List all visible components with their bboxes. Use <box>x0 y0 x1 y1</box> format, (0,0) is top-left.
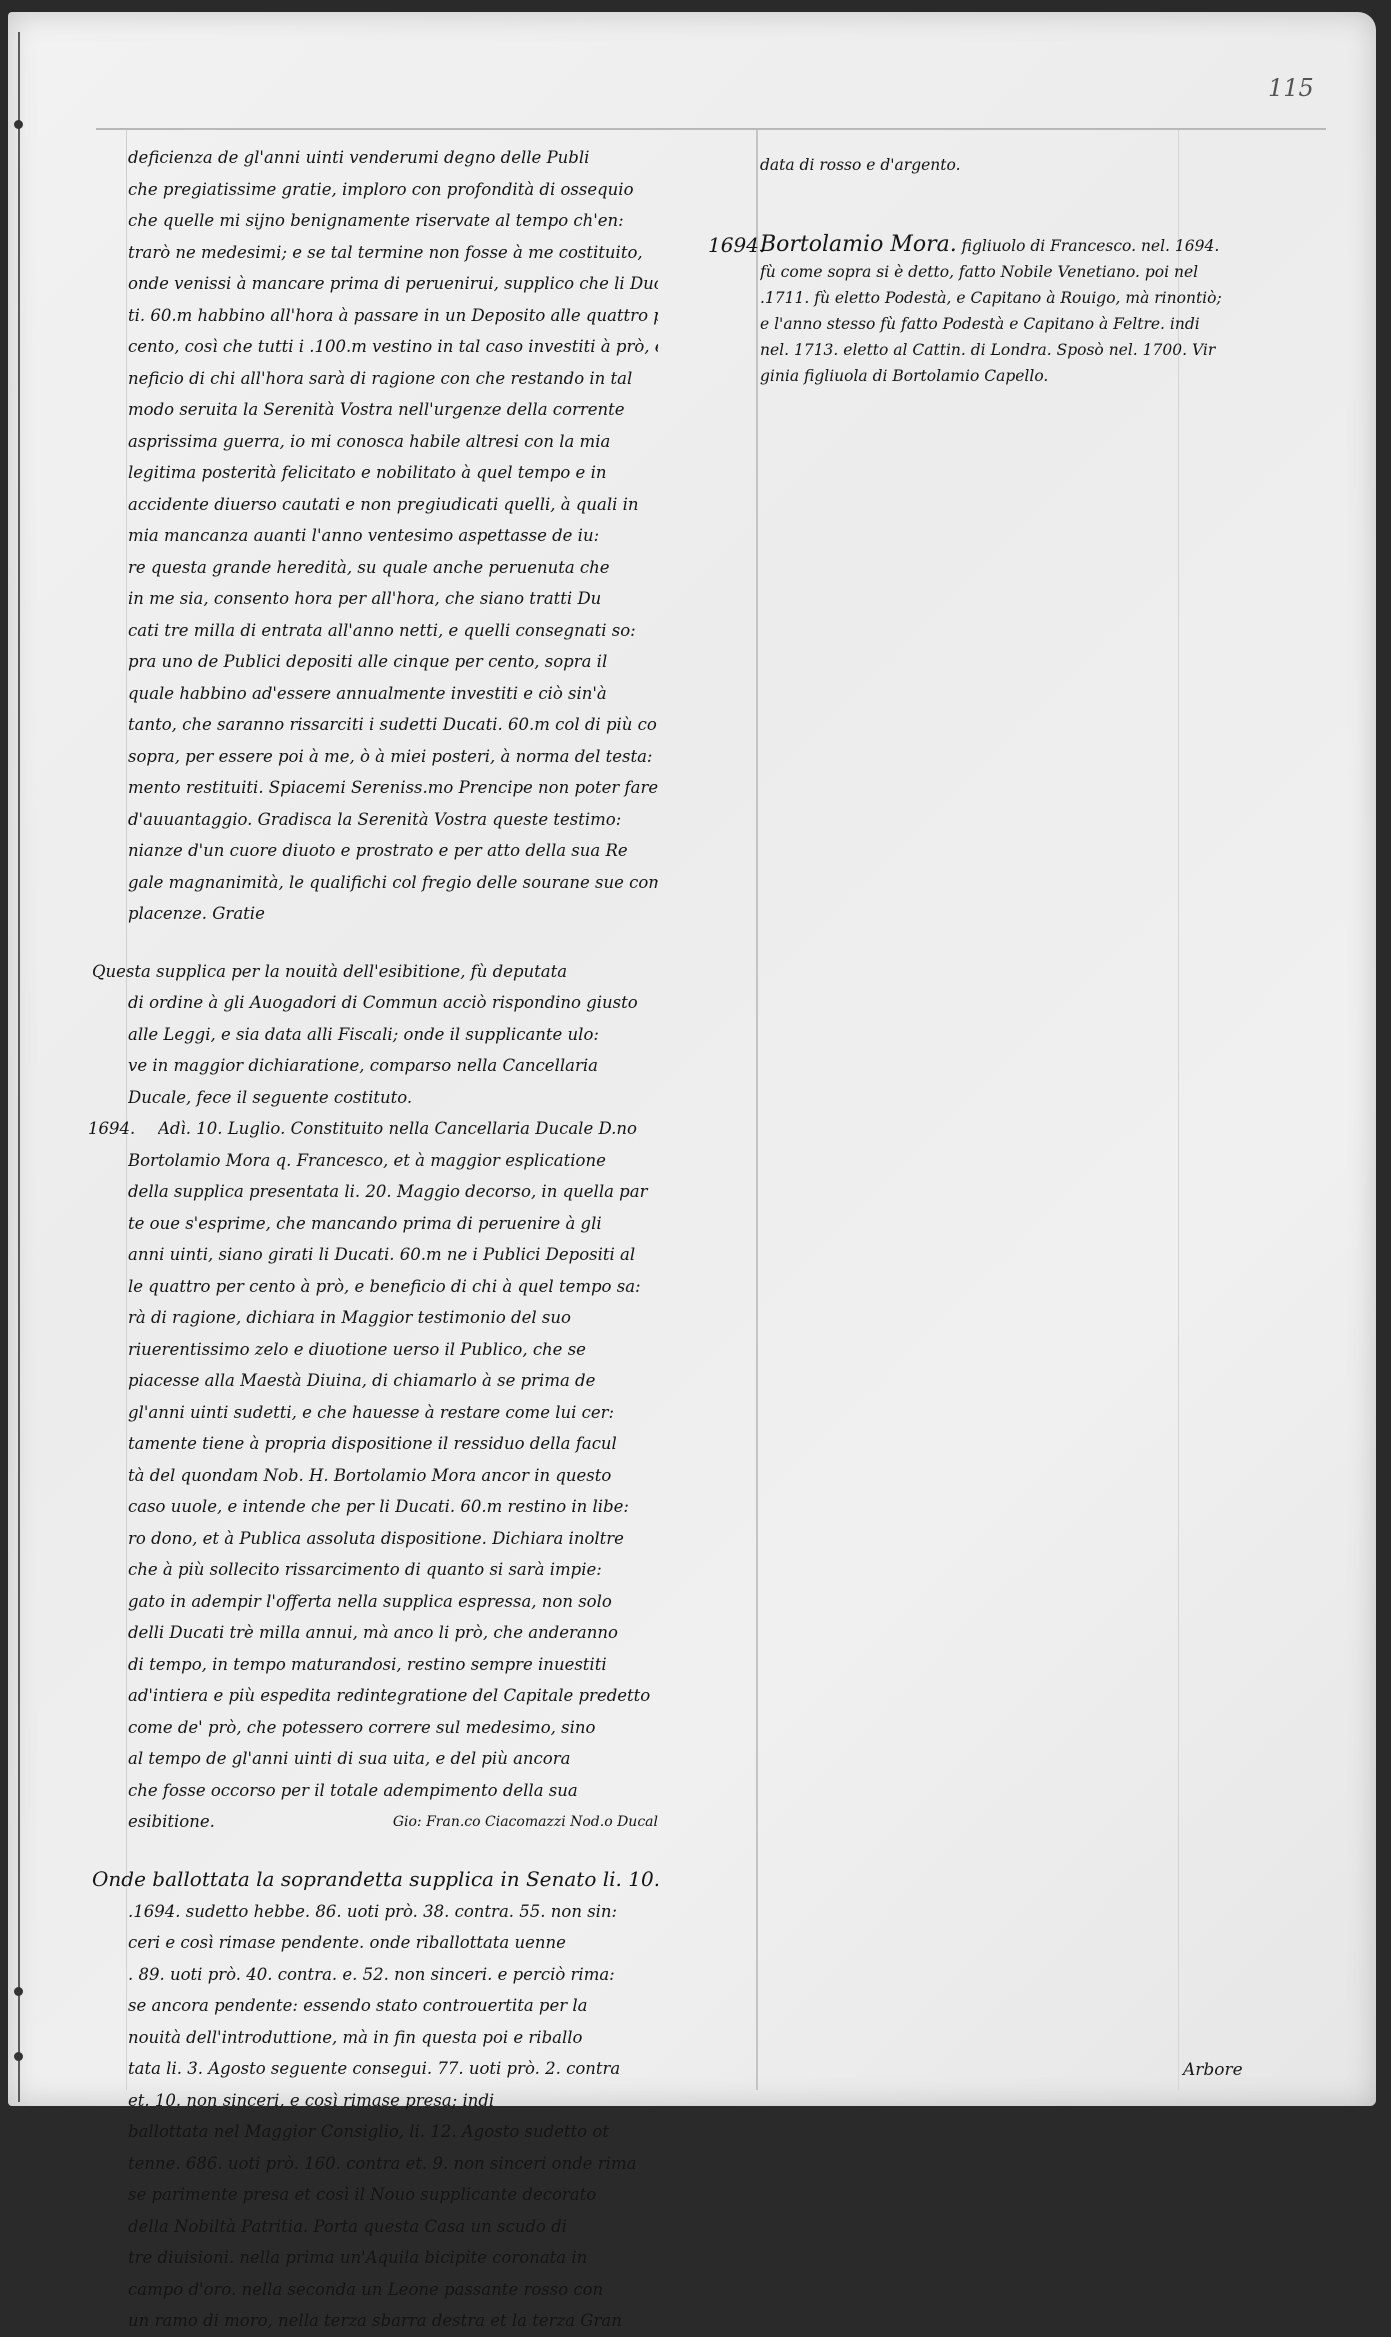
text-line: che à più sollecito rissarcimento di qua… <box>128 1554 658 1586</box>
person-name: Bortolamio Mora. <box>760 232 957 257</box>
text-line: gale magnanimità, le qualifichi col freg… <box>128 867 658 899</box>
text-line: in me sia, consento hora per all'hora, c… <box>128 583 658 615</box>
text-line: nouità dell'introduttione, mà in fin que… <box>128 2022 658 2054</box>
text-line: ad'intiera e più espedita redintegration… <box>128 1680 658 1712</box>
text-line: d'auuantaggio. Gradisca la Serenità Vost… <box>128 804 658 836</box>
text-line: riuerentissimo zelo e diuotione uerso il… <box>128 1334 658 1366</box>
text-line: pra uno de Publici depositi alle cinque … <box>128 646 658 678</box>
text-line: et. 10. non sinceri, e così rimase presa… <box>128 2085 658 2117</box>
biography-line: fù come sopra si è detto, fatto Nobile V… <box>760 259 1320 285</box>
text-line: ro dono, et à Publica assoluta dispositi… <box>128 1523 658 1555</box>
text-line: tanto, che saranno rissarciti i sudetti … <box>128 709 658 741</box>
biography-line: ginia figliuola di Bortolamio Capello. <box>760 363 1320 389</box>
text-line: gato in adempir l'offerta nella supplica… <box>128 1586 658 1618</box>
manuscript-page: 115 deficienza de gl'anni uinti venderum… <box>8 12 1376 2106</box>
constituto-entry: 1694. Adì. 10. Luglio. Constituito nella… <box>128 1113 658 1838</box>
text-line: neficio di chi all'hora sarà di ragione … <box>128 363 658 395</box>
binding-stitch <box>14 1987 23 1996</box>
biography-line: nel. 1713. eletto al Cattin. di Londra. … <box>760 337 1320 363</box>
text-line: quale habbino ad'essere annualmente inve… <box>128 678 658 710</box>
text-line: te oue s'esprime, che mancando prima di … <box>128 1208 658 1240</box>
text-line: Onde ballottata la soprandetta supplica … <box>92 1864 658 1896</box>
text-line: Questa supplica per la nouità dell'esibi… <box>92 956 658 988</box>
text-line: Adì. 10. Luglio. Constituito nella Cance… <box>158 1113 658 1145</box>
catchword: Arbore <box>1183 2060 1243 2080</box>
text-line: .1694. sudetto hebbe. 86. uoti prò. 38. … <box>128 1896 658 1928</box>
text-line: tà del quondam Nob. H. Bortolamio Mora a… <box>128 1460 658 1492</box>
text-line: ceri e così rimase pendente. onde riball… <box>128 1927 658 1959</box>
text-line: sopra, per essere poi à me, ò à miei pos… <box>128 741 658 773</box>
binding-stitch <box>14 120 23 129</box>
text-line: asprissima guerra, io mi conosca habile … <box>128 426 658 458</box>
text-line: ti. 60.m habbino all'hora à passare in u… <box>128 300 658 332</box>
text-line: piacesse alla Maestà Diuina, di chiamarl… <box>128 1365 658 1397</box>
text-line: se ancora pendente: essendo stato contro… <box>128 1990 658 2022</box>
text-line: di ordine à gli Auogadori di Commun acci… <box>128 987 658 1019</box>
text-line: legitima posterità felicitato e nobilita… <box>128 457 658 489</box>
biography-entry: 1694. Bortolamio Mora. figliuolo di Fran… <box>760 232 1320 389</box>
text-line: che fosse occorso per il totale adempime… <box>128 1775 658 1807</box>
text-line: Ducale, fece il seguente costituto. <box>128 1082 658 1114</box>
text-line: . 89. uoti prò. 40. contra. e. 52. non s… <box>128 1959 658 1991</box>
text-line: Bortolamio Mora q. Francesco, et à maggi… <box>128 1145 658 1177</box>
text-line: gl'anni uinti sudetti, e che hauesse à r… <box>128 1397 658 1429</box>
text-line: alle Leggi, e sia data alli Fiscali; ond… <box>128 1019 658 1051</box>
text-line: onde venissi à mancare prima di peruenir… <box>128 268 658 300</box>
text-line: che pregiatissime gratie, imploro con pr… <box>128 174 658 206</box>
text-line: accidente diuerso cautati e non pregiudi… <box>128 489 658 521</box>
text-line: caso uuole, e intende che per li Ducati.… <box>128 1491 658 1523</box>
text-line: le quattro per cento à prò, e beneficio … <box>128 1271 658 1303</box>
text-line: come de' prò, che potessero correre sul … <box>128 1712 658 1744</box>
text-line: nianze d'un cuore diuoto e prostrato e p… <box>128 835 658 867</box>
text-line: deficienza de gl'anni uinti venderumi de… <box>128 142 658 174</box>
petition-continuation: deficienza de gl'anni uinti venderumi de… <box>128 142 658 930</box>
arms-continuation: data di rosso e d'argento. <box>760 152 1320 178</box>
text-line: al tempo de gl'anni uinti di sua uita, e… <box>128 1743 658 1775</box>
text-line: ve in maggior dichiaratione, comparso ne… <box>128 1050 658 1082</box>
text-line: re questa grande heredità, su quale anch… <box>128 552 658 584</box>
deputation-note: Questa supplica per la nouità dell'esibi… <box>128 956 658 1114</box>
text-line: mia mancanza auanti l'anno ventesimo asp… <box>128 520 658 552</box>
text-line: anni uinti, siano girati li Ducati. 60.m… <box>128 1239 658 1271</box>
column-divider-ruling <box>756 130 758 2090</box>
right-column: data di rosso e d'argento. 1694. Bortola… <box>760 152 1320 389</box>
text-line: trarò ne medesimi; e se tal termine non … <box>128 237 658 269</box>
left-column: deficienza de gl'anni uinti venderumi de… <box>128 142 658 2118</box>
margin-year: 1694. <box>708 232 765 258</box>
biography-line: figliuolo di Francesco. nel. 1694. <box>962 237 1220 255</box>
text-line: tamente tiene à propria dispositione il … <box>128 1428 658 1460</box>
biography-line: e l'anno stesso fù fatto Podestà e Capit… <box>760 311 1320 337</box>
binding-stitch <box>14 2052 23 2061</box>
margin-year: 1694. <box>88 1113 135 1145</box>
text-line: placenze. Gratie <box>128 898 658 930</box>
text-line: cati tre milla di entrata all'anno netti… <box>128 615 658 647</box>
text-line: tata li. 3. Agosto seguente consegui. 77… <box>128 2053 658 2085</box>
text-line: della supplica presentata li. 20. Maggio… <box>128 1176 658 1208</box>
top-ruling-line <box>96 128 1326 130</box>
right-margin-ruling <box>1178 130 1179 2090</box>
text-line: mento restituiti. Spiacemi Sereniss.mo P… <box>128 772 658 804</box>
binding-edge <box>18 32 20 2102</box>
text-line: rà di ragione, dichiara in Maggior testi… <box>128 1302 658 1334</box>
text-line: delli Ducati trè milla annui, mà anco li… <box>128 1617 658 1649</box>
text-line: di tempo, in tempo maturandosi, restino … <box>128 1649 658 1681</box>
text-line: che quelle mi sijno benignamente riserva… <box>128 205 658 237</box>
text-line: cento, così che tutti i .100.m vestino i… <box>128 331 658 363</box>
text-line: modo seruita la Serenità Vostra nell'urg… <box>128 394 658 426</box>
left-margin-ruling <box>126 130 127 2090</box>
ballot-record: Onde ballottata la soprandetta supplica … <box>128 1864 658 2118</box>
biography-line: .1711. fù eletto Podestà, e Capitano à R… <box>760 285 1320 311</box>
folio-number: 115 <box>1268 74 1314 102</box>
